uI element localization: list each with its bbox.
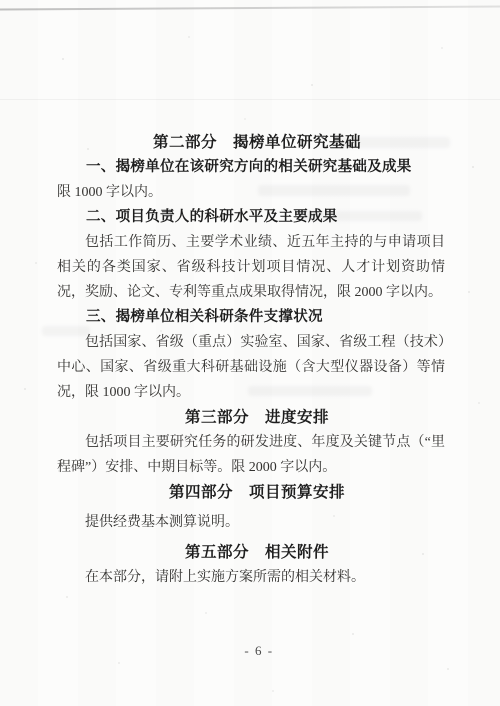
scan-artifact-top-line: [0, 5, 500, 10]
part2-title: 第二部分 揭榜单位研究基础: [63, 130, 451, 155]
part2-item2-body: 包括工作简历、主要学术业绩、近五年主持的与申请项目相关的各类国家、省级科技计划项…: [57, 230, 445, 305]
part2-item3-heading: 三、揭榜单位相关科研条件支撑状况: [57, 305, 445, 330]
page-number: - 6 -: [9, 643, 500, 659]
part2-item1-body: 限 1000 字以内。: [57, 180, 445, 205]
part4-title: 第四部分 项目预算安排: [63, 480, 451, 505]
document-content: 第二部分 揭榜单位研究基础 一、揭榜单位在该研究方向的相关研究基础及成果 限 1…: [57, 130, 445, 590]
part5-title: 第五部分 相关附件: [63, 540, 451, 565]
part3-body: 包括项目主要研究任务的研发进度、年度及关键节点（“里程碑”）安排、中期目标等。限…: [57, 430, 445, 480]
part2-item1-heading: 一、揭榜单位在该研究方向的相关研究基础及成果: [57, 155, 445, 180]
part4-body: 提供经费基本测算说明。: [57, 510, 445, 535]
part3-title: 第三部分 进度安排: [63, 405, 451, 430]
part5-body: 在本部分，请附上实施方案所需的相关材料。: [57, 565, 445, 590]
scan-artifact-faint-line: [0, 99, 500, 100]
scan-noise-speckles: [0, 0, 2, 2]
part2-item2-heading: 二、项目负责人的科研水平及主要成果: [57, 205, 445, 230]
scanned-document-page: 第二部分 揭榜单位研究基础 一、揭榜单位在该研究方向的相关研究基础及成果 限 1…: [0, 0, 500, 706]
part2-item3-body: 包括国家、省级（重点）实验室、国家、省级工程（技术）中心、国家、省级重大科研基础…: [57, 330, 445, 405]
